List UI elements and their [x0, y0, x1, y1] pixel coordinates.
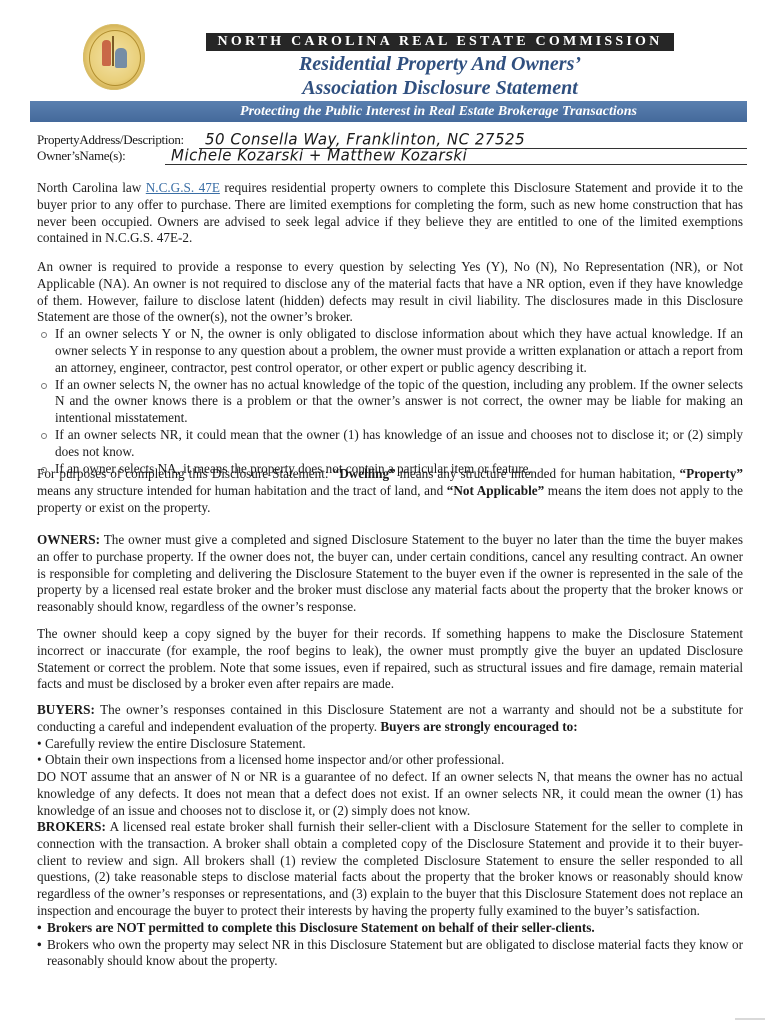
list-item: If an owner selects N, the owner has no … [37, 377, 743, 427]
list-item: Carefully review the entire Disclosure S… [37, 736, 743, 753]
owner-requirements-text: An owner is required to provide a respon… [37, 259, 743, 326]
owners-section: OWNERS: The owner must give a completed … [37, 532, 743, 616]
brokers-rules-list: Brokers are NOT permitted to complete th… [37, 920, 743, 970]
ncgs-47e-link[interactable]: N.C.G.S. 47E [146, 180, 220, 195]
owner-copy-paragraph: The owner should keep a copy signed by t… [37, 626, 743, 693]
buyers-emphasis: Buyers are strongly encouraged to: [380, 719, 577, 734]
list-item: If an owner selects Y or N, the owner is… [37, 326, 743, 376]
intro-prefix: North Carolina law [37, 180, 146, 195]
brokers-intro: BROKERS: A licensed real estate broker s… [37, 819, 743, 920]
owner-names-label: Owner’sName(s): [37, 148, 125, 164]
brokers-rule-bold: Brokers are NOT permitted to complete th… [47, 920, 595, 935]
owner-names-row: Owner’sName(s): Michele Kozarski + Matth… [37, 149, 747, 165]
definitions-text: For purposes of completing this Disclosu… [37, 466, 333, 481]
buyers-section: BUYERS: The owner’s responses contained … [37, 702, 743, 820]
seal-figure-right [115, 48, 127, 68]
document-title-line-2: Association Disclosure Statement [200, 76, 680, 100]
definitions-text: means any structure intended for human h… [37, 483, 447, 498]
brokers-section: BROKERS: A licensed real estate broker s… [37, 819, 743, 970]
document-title-line-1: Residential Property And Owners’ [200, 52, 680, 76]
tagline-banner: Protecting the Public Interest in Real E… [30, 101, 747, 122]
buyers-intro: BUYERS: The owner’s responses contained … [37, 702, 743, 736]
brokers-heading: BROKERS: [37, 819, 106, 834]
property-address-label: PropertyAddress/Description: [37, 132, 184, 148]
commission-name-banner: NORTH CAROLINA REAL ESTATE COMMISSION [206, 33, 674, 51]
seal-staff [112, 36, 114, 66]
buyers-warning: DO NOT assume that an answer of N or NR … [37, 769, 743, 819]
definitions-text: means any structure intended for human h… [396, 466, 680, 481]
definitions-paragraph: For purposes of completing this Disclosu… [37, 466, 743, 516]
response-options-list: If an owner selects Y or N, the owner is… [37, 326, 743, 477]
list-item: Obtain their own inspections from a lice… [37, 752, 743, 769]
owner-names-field[interactable]: Michele Kozarski + Matthew Kozarski [171, 146, 467, 165]
disclosure-page: NORTH CAROLINA REAL ESTATE COMMISSION Re… [0, 0, 777, 1024]
term-not-applicable: “Not Applicable” [447, 483, 544, 498]
term-dwelling: “Dwelling” [333, 466, 396, 481]
scan-artifact [735, 1018, 765, 1020]
owners-text: The owner must give a completed and sign… [37, 532, 743, 614]
tagline-text: Protecting the Public Interest in Real E… [240, 104, 637, 119]
buyers-heading: BUYERS: [37, 702, 95, 717]
buyers-recommendations-list: Carefully review the entire Disclosure S… [37, 736, 743, 770]
owners-heading: OWNERS: [37, 532, 100, 547]
intro-paragraph: North Carolina law N.C.G.S. 47E requires… [37, 180, 743, 247]
commission-seal-icon [83, 24, 145, 90]
list-item: Brokers who own the property may select … [37, 937, 743, 971]
list-item: Brokers are NOT permitted to complete th… [37, 920, 743, 937]
brokers-text: A licensed real estate broker shall furn… [37, 819, 743, 918]
list-item: If an owner selects NR, it could mean th… [37, 427, 743, 461]
owner-requirements-section: An owner is required to provide a respon… [37, 259, 743, 477]
term-property: “Property” [680, 466, 743, 481]
seal-figure-left [102, 40, 111, 66]
